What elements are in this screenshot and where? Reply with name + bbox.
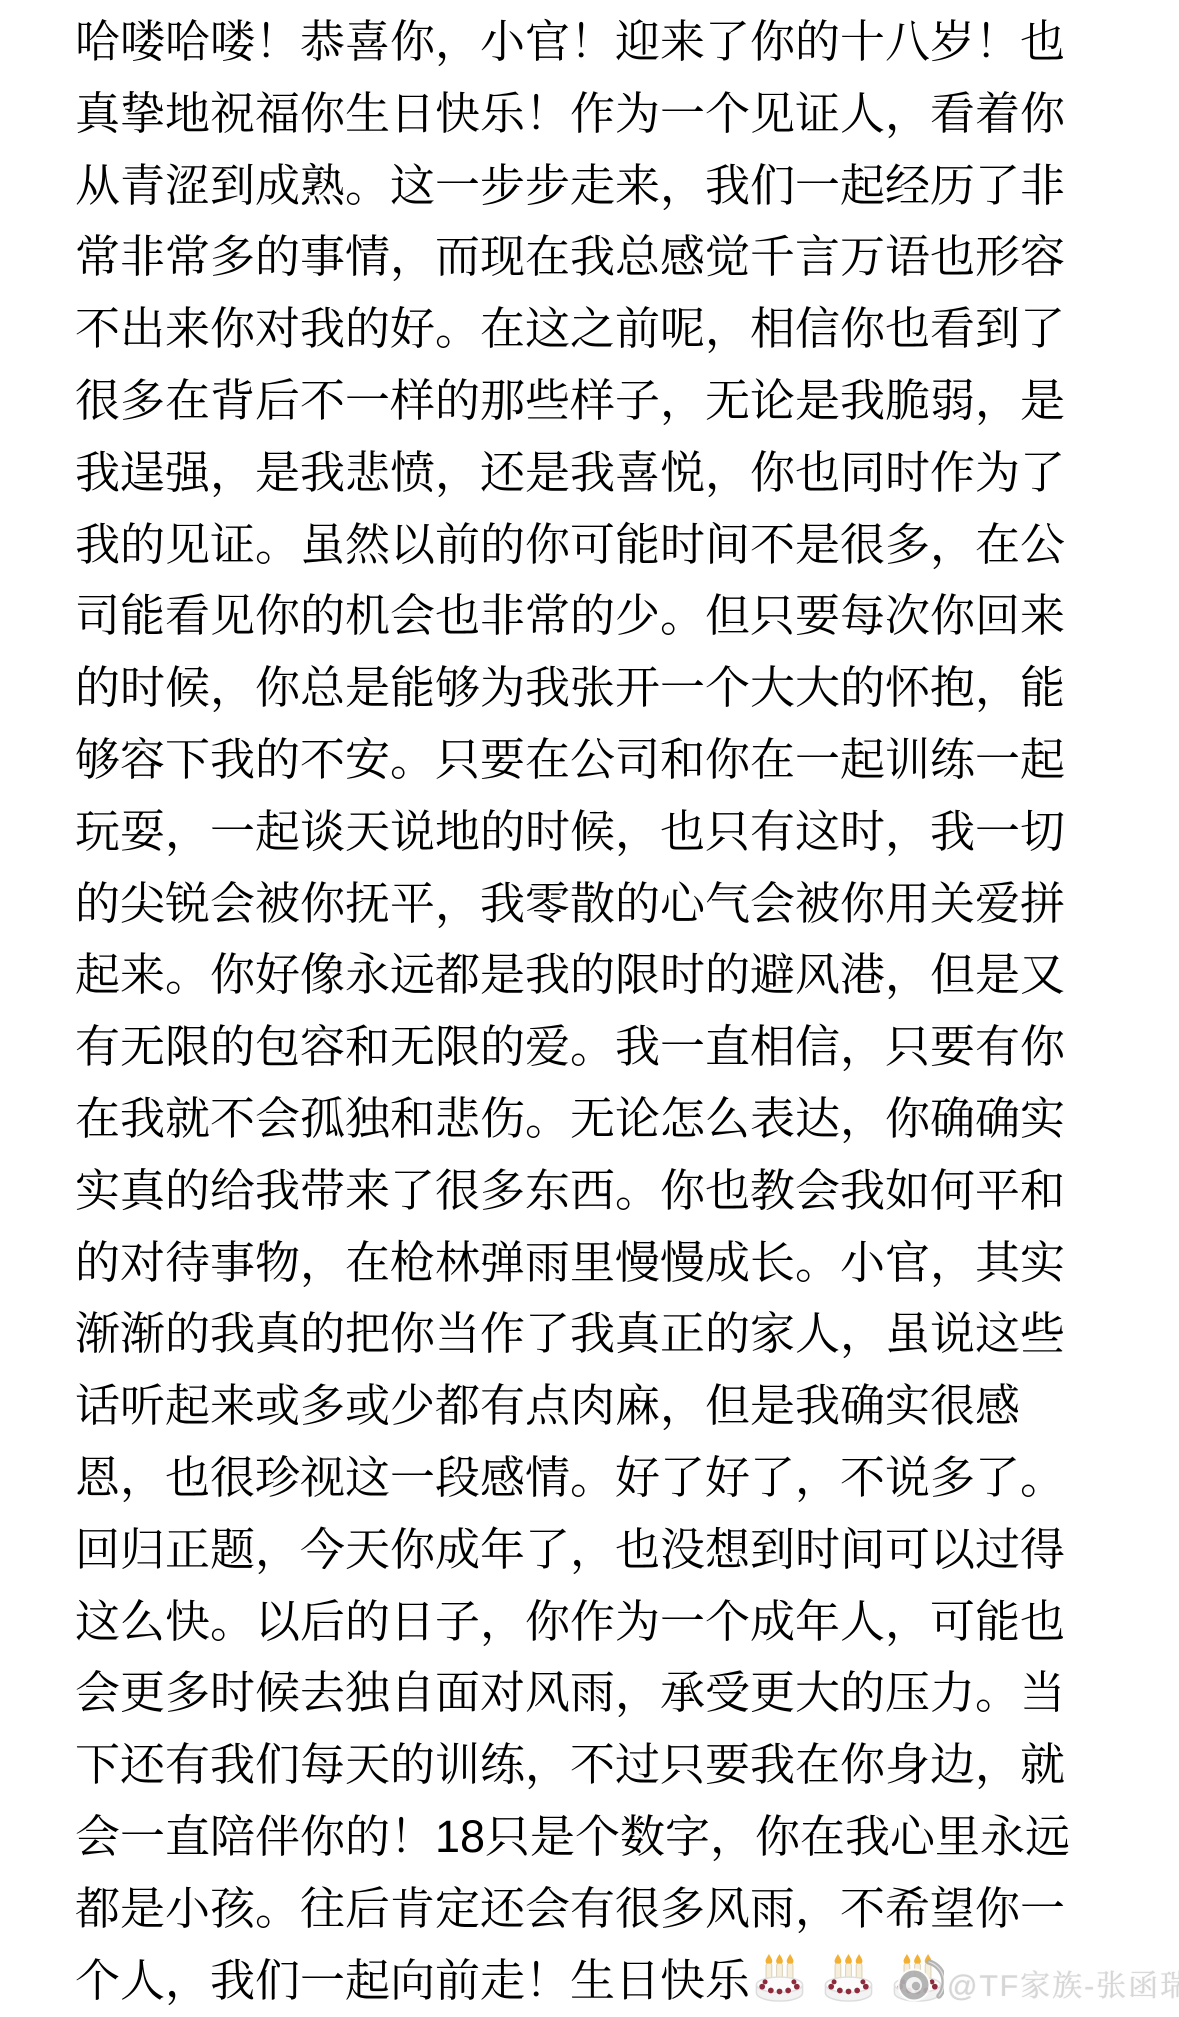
letter-line: 下还有我们每天的训练，不过只要我在你身边，就 [75, 1729, 1135, 1801]
letter-page: 哈喽哈喽！恭喜你，小官！迎来了你的十八岁！也真挚地祝福你生日快乐！作为一个见证人… [0, 0, 1179, 2017]
letter-line: 渐渐的我真的把你当作了我真正的家人，虽说这些 [75, 1298, 1135, 1370]
letter-line: 司能看见你的机会也非常的少。但只要每次你回来 [75, 580, 1135, 652]
letter-line: 玩耍，一起谈天说地的时候，也只有这时，我一切 [75, 796, 1135, 868]
letter-line: 常非常多的事情，而现在我总感觉千言万语也形容 [75, 221, 1135, 293]
letter-line: 实真的给我带来了很多东西。你也教会我如何平和 [75, 1155, 1135, 1227]
birthday-cake-emoji [752, 1953, 807, 2003]
letter-line: 够容下我的不安。只要在公司和你在一起训练一起 [75, 724, 1135, 796]
letter-line: 会一直陪伴你的！18只是个数字，你在我心里永远 [75, 1801, 1135, 1873]
letter-line: 的尖锐会被你抚平，我零散的心气会被你用关爱拼 [75, 868, 1135, 940]
letter-line: 有无限的包容和无限的爱。我一直相信，只要有你 [75, 1011, 1135, 1083]
letter-last-line-text: 个人，我们一起向前走！生日快乐 [75, 1955, 750, 2006]
letter-last-line: 个人，我们一起向前走！生日快乐 [75, 1945, 1135, 2017]
letter-line: 的时候，你总是能够为我张开一个大大的怀抱，能 [75, 652, 1135, 724]
weibo-logo-icon [894, 1958, 944, 2004]
letter-line: 起来。你好像永远都是我的限时的避风港，但是又 [75, 939, 1135, 1011]
letter-line: 会更多时候去独自面对风雨，承受更大的压力。当 [75, 1657, 1135, 1729]
letter-line: 哈喽哈喽！恭喜你，小官！迎来了你的十八岁！也 [75, 6, 1135, 78]
watermark: @TF家族-张函瑞 [894, 1945, 1179, 2017]
letter-line: 真挚地祝福你生日快乐！作为一个见证人，看着你 [75, 78, 1135, 150]
letter-lines: 哈喽哈喽！恭喜你，小官！迎来了你的十八岁！也真挚地祝福你生日快乐！作为一个见证人… [75, 6, 1135, 2016]
letter-line: 话听起来或多或少都有点肉麻，但是我确实很感 [75, 1370, 1135, 1442]
letter-line: 很多在背后不一样的那些样子，无论是我脆弱，是 [75, 365, 1135, 437]
letter-line: 都是小孩。往后肯定还会有很多风雨，不希望你一 [75, 1873, 1135, 1945]
watermark-handle: @TF家族-张函瑞 [947, 1970, 1179, 2003]
letter-line: 不出来你对我的好。在这之前呢，相信你也看到了 [75, 293, 1135, 365]
letter-line: 我逞强，是我悲愤，还是我喜悦，你也同时作为了 [75, 437, 1135, 509]
letter-line: 的对待事物，在枪林弹雨里慢慢成长。小官，其实 [75, 1227, 1135, 1299]
letter-line: 我的见证。虽然以前的你可能时间不是很多，在公 [75, 509, 1135, 581]
letter-line: 在我就不会孤独和悲伤。无论怎么表达，你确确实 [75, 1083, 1135, 1155]
letter-line: 恩，也很珍视这一段感情。好了好了，不说多了。 [75, 1442, 1135, 1514]
letter-line: 从青涩到成熟。这一步步走来，我们一起经历了非 [75, 150, 1135, 222]
letter-line: 回归正题，今天你成年了，也没想到时间可以过得 [75, 1514, 1135, 1586]
birthday-cake-emoji [821, 1953, 876, 2003]
letter-line: 这么快。以后的日子，你作为一个成年人，可能也 [75, 1586, 1135, 1658]
